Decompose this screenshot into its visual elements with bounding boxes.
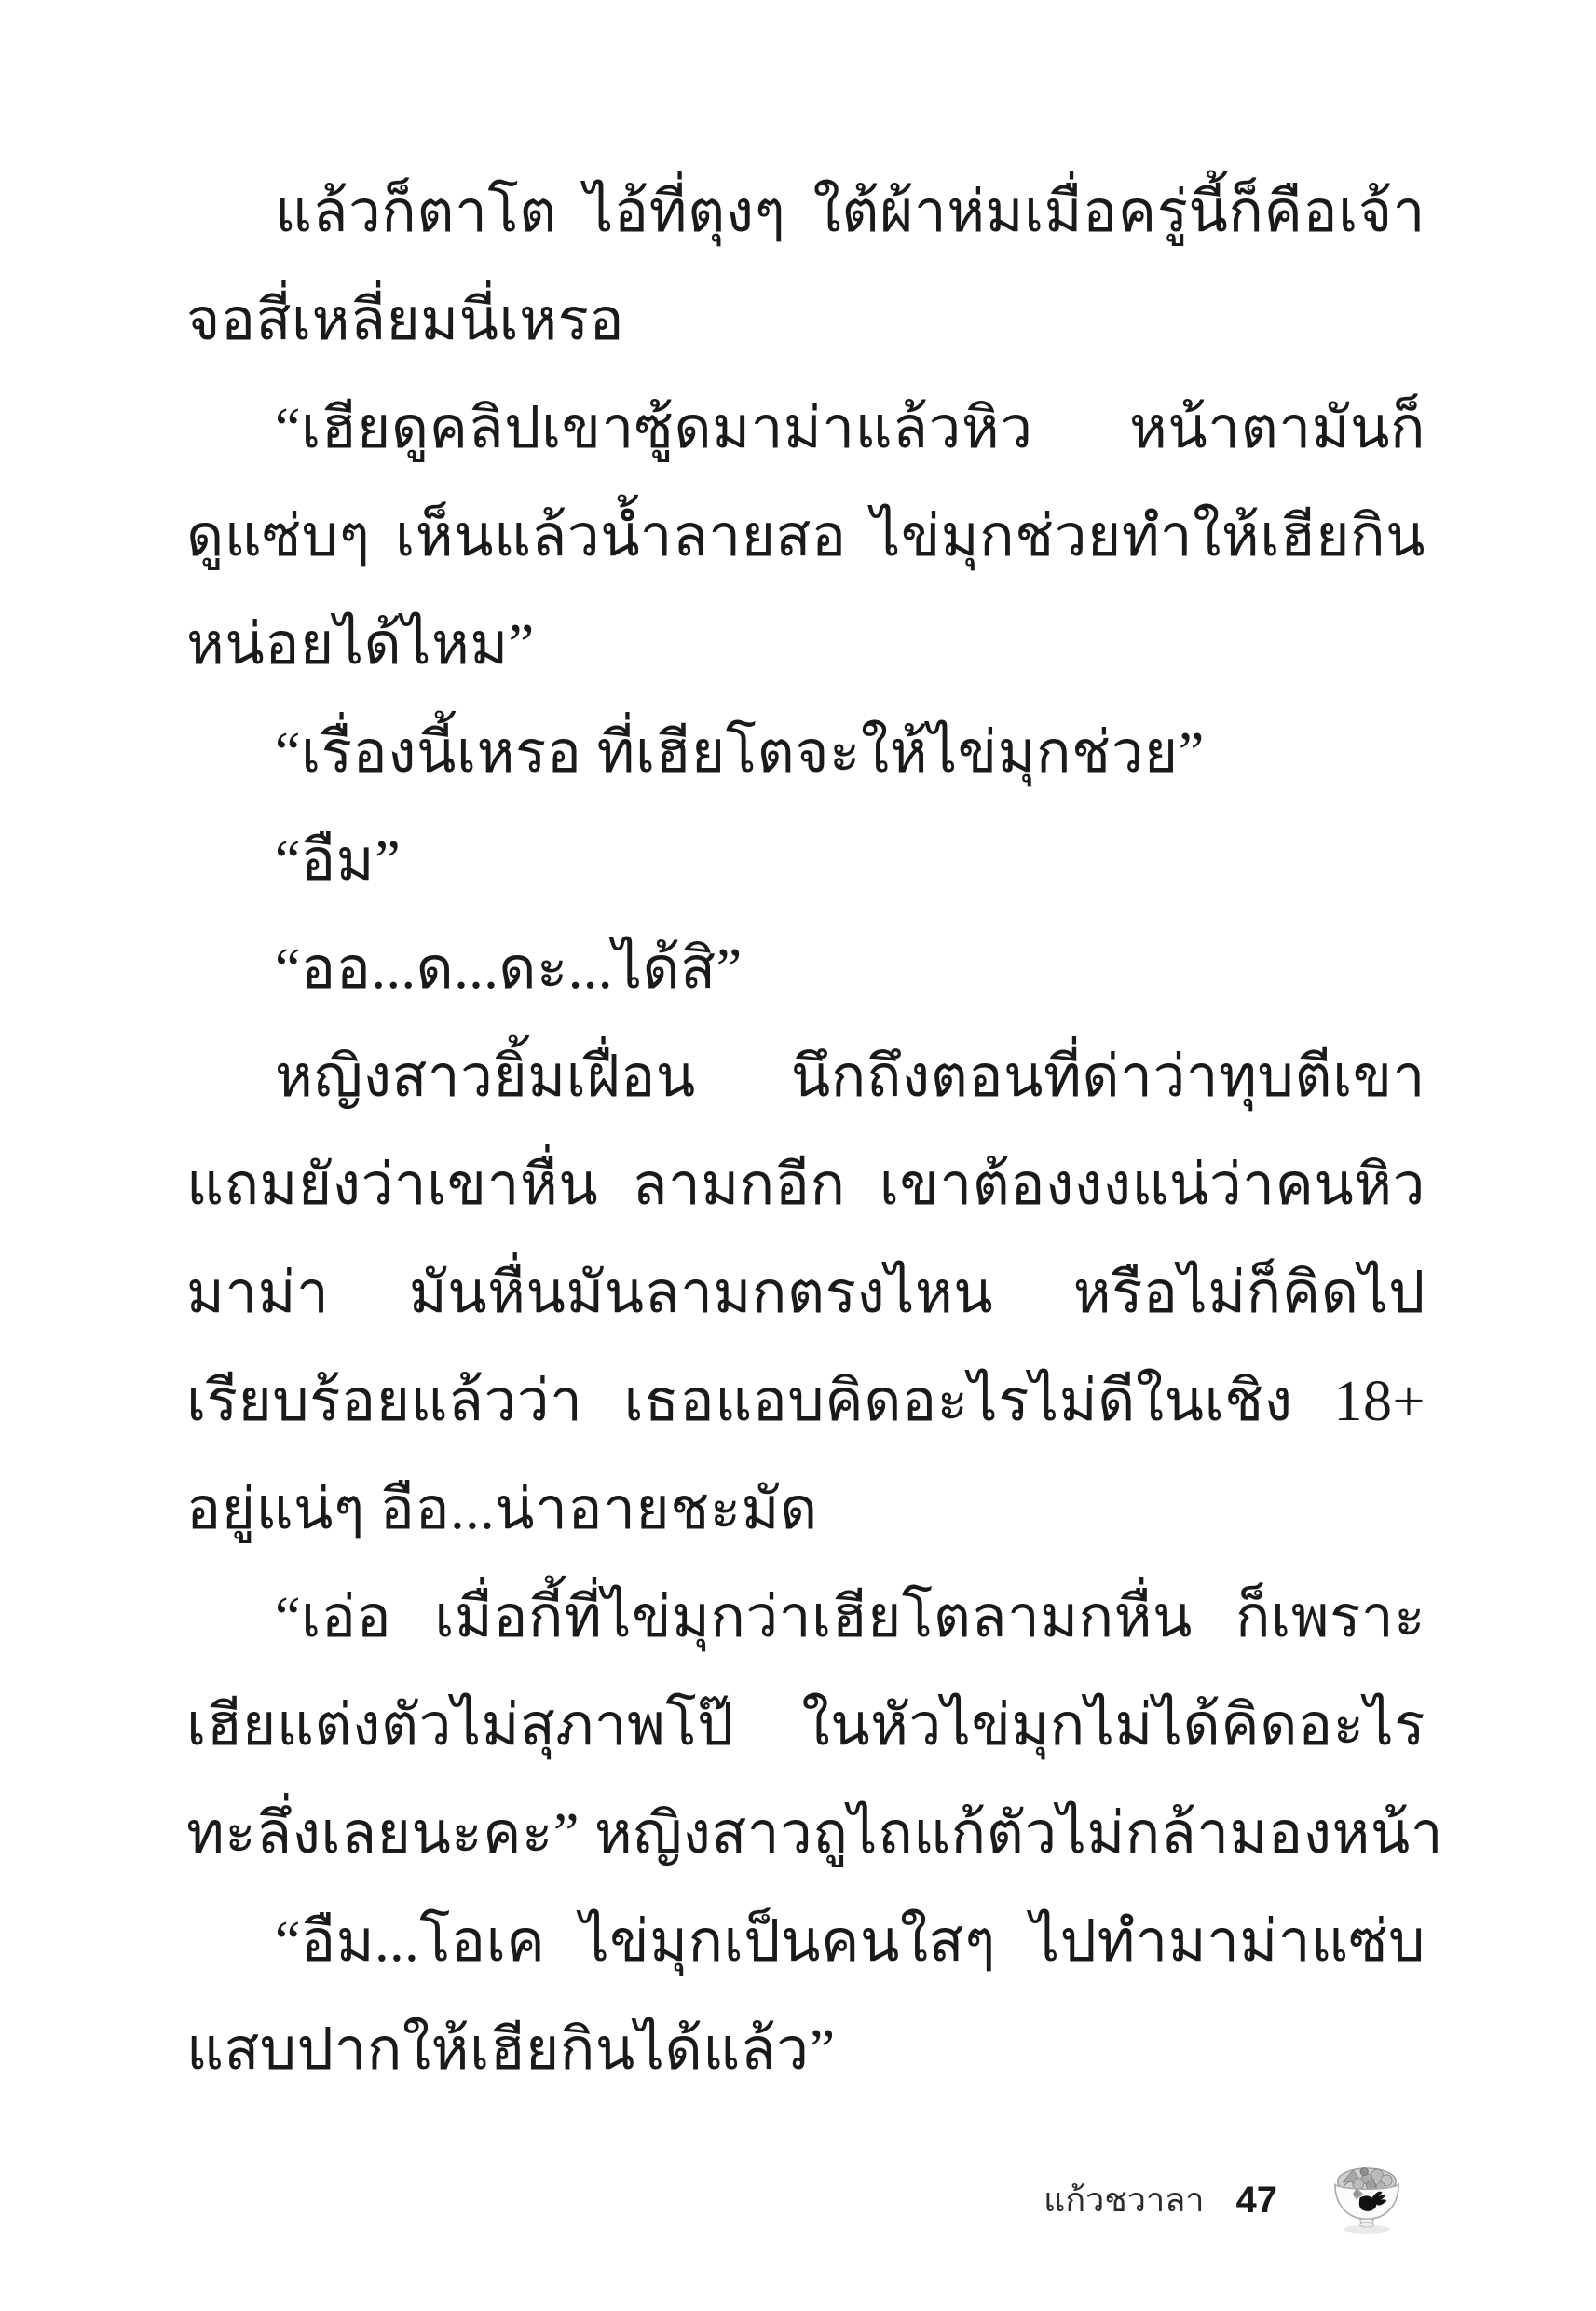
text-line: เฮียแต่งตัวไม่สุภาพโป๊ ในหัวไข่มุกไม่ได้… xyxy=(186,1672,1425,1780)
text-line: ทะลึ่งเลยนะคะ” หญิงสาวถูไถแก้ตัวไม่กล้าม… xyxy=(186,1780,1425,1888)
text-line: หน่อยได้ไหม” xyxy=(186,591,1425,699)
text-line: “อืม...โอเค ไข่มุกเป็นคนใสๆ ไปทำมาม่าแซ่… xyxy=(186,1888,1425,1996)
text-line: อยู่แน่ๆ อือ...น่าอายชะมัด xyxy=(186,1456,1425,1564)
text-line: หญิงสาวยิ้มเฝื่อน นึกถึงตอนที่ด่าว่าทุบต… xyxy=(186,1023,1425,1131)
text-line: “เฮียดูคลิปเขาซู้ดมาม่าแล้วหิว หน้าตามัน… xyxy=(186,375,1425,483)
text-line: แสบปากให้เฮียกินได้แล้ว” xyxy=(186,1996,1425,2104)
text-line: “ออ...ด...ดะ...ได้สิ” xyxy=(186,915,1425,1023)
text-line: “อืม” xyxy=(186,807,1425,915)
paragraph: “เรื่องนี้เหรอ ที่เฮียโตจะให้ไข่มุกช่วย” xyxy=(186,699,1425,807)
paragraph: หญิงสาวยิ้มเฝื่อน นึกถึงตอนที่ด่าว่าทุบต… xyxy=(186,1023,1425,1564)
paragraph: “อืม” xyxy=(186,807,1425,915)
page-footer: แก้วชวาลา 47 xyxy=(1044,2160,1410,2240)
text-line: จอสี่เหลี่ยมนี่เหรอ xyxy=(186,267,1425,375)
paragraph: “เฮียดูคลิปเขาซู้ดมาม่าแล้วหิว หน้าตามัน… xyxy=(186,375,1425,699)
text-line: มาม่า มันหื่นมันลามกตรงไหน หรือไม่ก็คิดไ… xyxy=(186,1239,1425,1347)
text-line: เรียบร้อยแล้วว่า เธอแอบคิดอะไรไม่ดีในเชิ… xyxy=(186,1347,1425,1456)
text-line: “เอ่อ เมื่อกี้ที่ไข่มุกว่าเฮียโตลามกหื่น… xyxy=(186,1564,1425,1672)
page-text: แล้วก็ตาโต ไอ้ที่ตุงๆ ใต้ผ้าห่มเมื่อครู่… xyxy=(186,158,1425,2104)
book-title: แก้วชวาลา xyxy=(1044,2160,1204,2240)
text-line: แล้วก็ตาโต ไอ้ที่ตุงๆ ใต้ผ้าห่มเมื่อครู่… xyxy=(186,158,1425,267)
page-number: 47 xyxy=(1236,2180,1278,2222)
text-line: แถมยังว่าเขาหื่น ลามกอีก เขาต้องงงแน่ว่า… xyxy=(186,1131,1425,1239)
text-line: ดูแซ่บๆ เห็นแล้วน้ำลายสอ ไข่มุกช่วยทำให้… xyxy=(186,483,1425,591)
book-page: แล้วก็ตาโต ไอ้ที่ตุงๆ ใต้ผ้าห่มเมื่อครู่… xyxy=(0,0,1596,2311)
paragraph: “เอ่อ เมื่อกี้ที่ไข่มุกว่าเฮียโตลามกหื่น… xyxy=(186,1564,1425,1888)
paragraph: แล้วก็ตาโต ไอ้ที่ตุงๆ ใต้ผ้าห่มเมื่อครู่… xyxy=(186,158,1425,375)
noodle-bowl-icon xyxy=(1324,2161,1410,2239)
paragraph: “อืม...โอเค ไข่มุกเป็นคนใสๆ ไปทำมาม่าแซ่… xyxy=(186,1888,1425,2104)
text-line: “เรื่องนี้เหรอ ที่เฮียโตจะให้ไข่มุกช่วย” xyxy=(186,699,1425,807)
paragraph: “ออ...ด...ดะ...ได้สิ” xyxy=(186,915,1425,1023)
